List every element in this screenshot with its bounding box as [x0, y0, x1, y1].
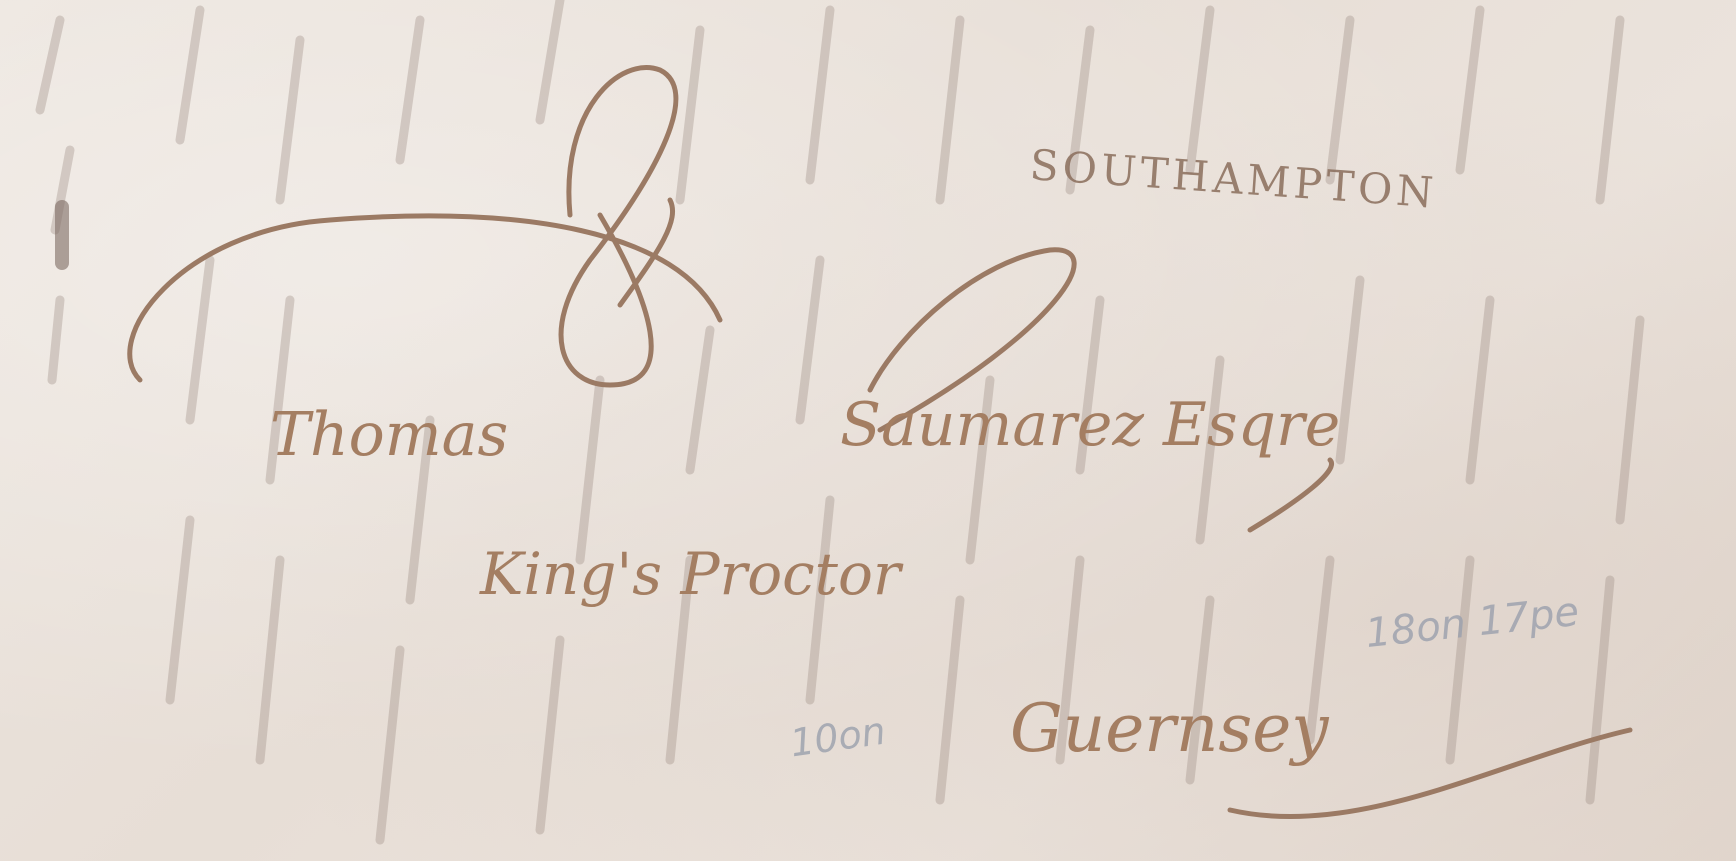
addressee-surname: Saumarez Esqre: [840, 390, 1340, 460]
addressee-location: Guernsey: [1010, 690, 1329, 767]
addressee-title: King's Proctor: [480, 540, 901, 608]
letter-cover: SOUTHAMPTON Thomas Saumarez Esqre King's…: [0, 0, 1736, 861]
addressee-first-name: Thomas: [270, 400, 508, 470]
